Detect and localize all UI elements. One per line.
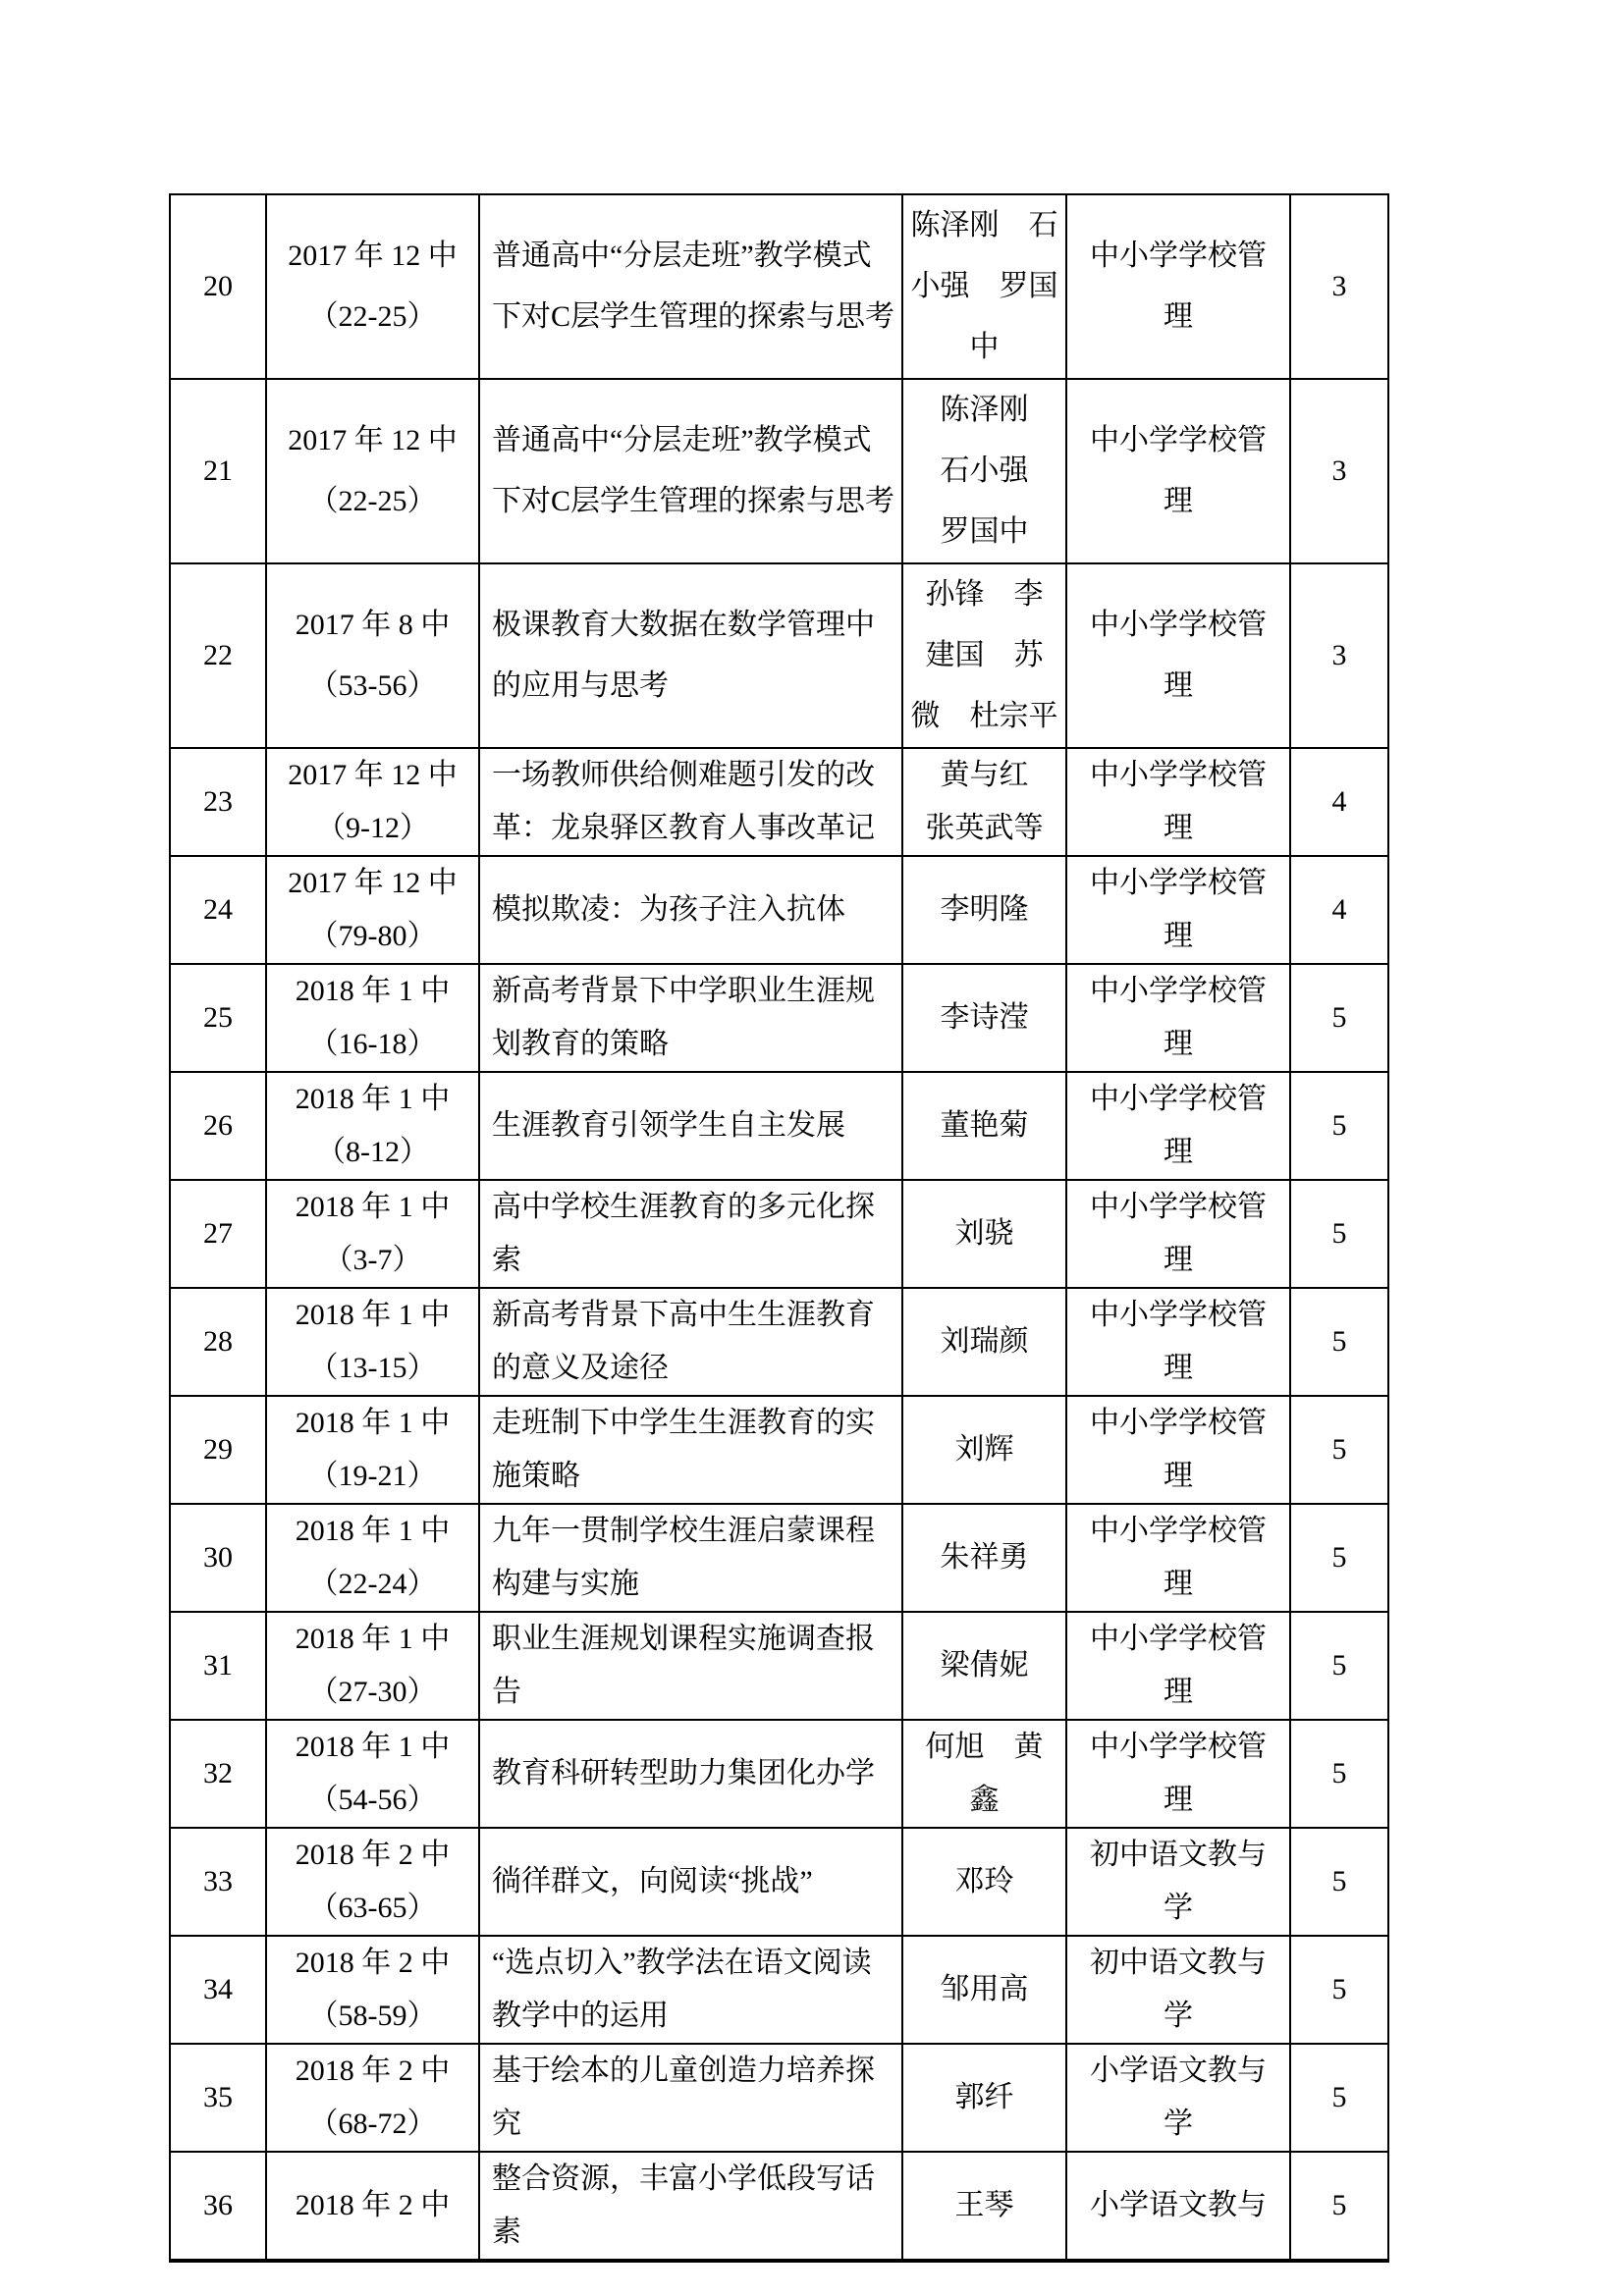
count-cell: 5 — [1290, 2152, 1388, 2261]
article-title-cell: 走班制下中学生生涯教育的实 施策略 — [479, 1396, 902, 1504]
issue-cell: 2017 年 12 中 （22-25） — [266, 379, 479, 563]
issue-cell: 2018 年 1 中 （3-7） — [266, 1180, 479, 1288]
authors-cell: 刘瑞颜 — [902, 1288, 1066, 1396]
row-number-cell: 31 — [170, 1612, 266, 1720]
table-row: 33 2018 年 2 中 （63-65） 徜徉群文，向阅读“挑战” 邓玲 初中… — [170, 1828, 1388, 1936]
count-cell: 5 — [1290, 2044, 1388, 2152]
count-cell: 5 — [1290, 1612, 1388, 1720]
article-title-cell: 普通高中“分层走班”教学模式 下对C层学生管理的探索与思考 — [479, 379, 902, 563]
category-cell: 中小学学校管 理 — [1066, 563, 1290, 748]
table-row: 24 2017 年 12 中 （79-80） 模拟欺凌：为孩子注入抗体 李明隆 … — [170, 856, 1388, 964]
issue-cell: 2018 年 1 中 （54-56） — [266, 1720, 479, 1828]
article-title-cell: 新高考背景下中学职业生涯规 划教育的策略 — [479, 964, 902, 1072]
row-number-cell: 33 — [170, 1828, 266, 1936]
row-number-cell: 28 — [170, 1288, 266, 1396]
row-number-cell: 30 — [170, 1504, 266, 1612]
count-cell: 3 — [1290, 194, 1388, 379]
category-cell: 中小学学校管 理 — [1066, 1720, 1290, 1828]
count-cell: 5 — [1290, 1396, 1388, 1504]
table-row: 36 2018 年 2 中 整合资源，丰富小学低段写话素 王琴 小学语文教与 5 — [170, 2152, 1388, 2261]
row-number-cell: 26 — [170, 1072, 266, 1180]
articles-index-table: 20 2017 年 12 中 （22-25） 普通高中“分层走班”教学模式 下对… — [169, 193, 1389, 2263]
table-row: 35 2018 年 2 中 （68-72） 基于绘本的儿童创造力培养探 究 郭纤… — [170, 2044, 1388, 2152]
authors-cell: 邓玲 — [902, 1828, 1066, 1936]
count-cell: 5 — [1290, 1828, 1388, 1936]
authors-cell: 王琴 — [902, 2152, 1066, 2261]
authors-cell: 刘辉 — [902, 1396, 1066, 1504]
article-title-cell: “选点切入”教学法在语文阅读 教学中的运用 — [479, 1936, 902, 2044]
row-number-cell: 23 — [170, 748, 266, 856]
article-title-cell: 模拟欺凌：为孩子注入抗体 — [479, 856, 902, 964]
row-number-cell: 32 — [170, 1720, 266, 1828]
authors-cell: 李明隆 — [902, 856, 1066, 964]
count-cell: 4 — [1290, 856, 1388, 964]
category-cell: 初中语文教与 学 — [1066, 1828, 1290, 1936]
article-title-cell: 普通高中“分层走班”教学模式 下对C层学生管理的探索与思考 — [479, 194, 902, 379]
article-title-cell: 职业生涯规划课程实施调查报 告 — [479, 1612, 902, 1720]
table-row: 22 2017 年 8 中 （53-56） 极课教育大数据在数学管理中 的应用与… — [170, 563, 1388, 748]
category-cell: 中小学学校管 理 — [1066, 1612, 1290, 1720]
count-cell: 3 — [1290, 563, 1388, 748]
table-row: 28 2018 年 1 中 （13-15） 新高考背景下高中生生涯教育 的意义及… — [170, 1288, 1388, 1396]
category-cell: 中小学学校管 理 — [1066, 1288, 1290, 1396]
row-number-cell: 21 — [170, 379, 266, 563]
issue-cell: 2018 年 2 中 — [266, 2152, 479, 2261]
table-row: 30 2018 年 1 中 （22-24） 九年一贯制学校生涯启蒙课程 构建与实… — [170, 1504, 1388, 1612]
article-title-cell: 高中学校生涯教育的多元化探 索 — [479, 1180, 902, 1288]
issue-cell: 2018 年 2 中 （63-65） — [266, 1828, 479, 1936]
issue-cell: 2018 年 1 中 （13-15） — [266, 1288, 479, 1396]
table-row: 32 2018 年 1 中 （54-56） 教育科研转型助力集团化办学 何旭 黄… — [170, 1720, 1388, 1828]
table-row: 21 2017 年 12 中 （22-25） 普通高中“分层走班”教学模式 下对… — [170, 379, 1388, 563]
issue-cell: 2017 年 12 中 （79-80） — [266, 856, 479, 964]
count-cell: 5 — [1290, 1720, 1388, 1828]
table-row: 26 2018 年 1 中 （8-12） 生涯教育引领学生自主发展 董艳菊 中小… — [170, 1072, 1388, 1180]
authors-cell: 李诗滢 — [902, 964, 1066, 1072]
table-row: 20 2017 年 12 中 （22-25） 普通高中“分层走班”教学模式 下对… — [170, 194, 1388, 379]
authors-cell: 梁倩妮 — [902, 1612, 1066, 1720]
article-title-cell: 新高考背景下高中生生涯教育 的意义及途径 — [479, 1288, 902, 1396]
article-title-cell: 生涯教育引领学生自主发展 — [479, 1072, 902, 1180]
count-cell: 5 — [1290, 1180, 1388, 1288]
document-page: 20 2017 年 12 中 （22-25） 普通高中“分层走班”教学模式 下对… — [0, 0, 1624, 2296]
row-number-cell: 34 — [170, 1936, 266, 2044]
authors-cell: 郭纤 — [902, 2044, 1066, 2152]
category-cell: 小学语文教与 学 — [1066, 2044, 1290, 2152]
article-title-cell: 一场教师供给侧难题引发的改 革：龙泉驿区教育人事改革记 — [479, 748, 902, 856]
issue-cell: 2018 年 1 中 （8-12） — [266, 1072, 479, 1180]
authors-cell: 何旭 黄 鑫 — [902, 1720, 1066, 1828]
article-title-cell: 基于绘本的儿童创造力培养探 究 — [479, 2044, 902, 2152]
category-cell: 小学语文教与 — [1066, 2152, 1290, 2261]
count-cell: 5 — [1290, 1936, 1388, 2044]
table-row: 29 2018 年 1 中 （19-21） 走班制下中学生生涯教育的实 施策略 … — [170, 1396, 1388, 1504]
category-cell: 中小学学校管 理 — [1066, 1072, 1290, 1180]
row-number-cell: 24 — [170, 856, 266, 964]
count-cell: 4 — [1290, 748, 1388, 856]
count-cell: 5 — [1290, 1288, 1388, 1396]
category-cell: 中小学学校管 理 — [1066, 1396, 1290, 1504]
row-number-cell: 20 — [170, 194, 266, 379]
article-title-cell: 九年一贯制学校生涯启蒙课程 构建与实施 — [479, 1504, 902, 1612]
issue-cell: 2017 年 12 中 （9-12） — [266, 748, 479, 856]
issue-cell: 2018 年 1 中 （27-30） — [266, 1612, 479, 1720]
issue-cell: 2018 年 1 中 （22-24） — [266, 1504, 479, 1612]
issue-cell: 2018 年 2 中 （68-72） — [266, 2044, 479, 2152]
authors-cell: 邹用高 — [902, 1936, 1066, 2044]
category-cell: 中小学学校管 理 — [1066, 856, 1290, 964]
issue-cell: 2018 年 2 中 （58-59） — [266, 1936, 479, 2044]
issue-cell: 2018 年 1 中 （16-18） — [266, 964, 479, 1072]
row-number-cell: 35 — [170, 2044, 266, 2152]
table-row: 34 2018 年 2 中 （58-59） “选点切入”教学法在语文阅读 教学中… — [170, 1936, 1388, 2044]
category-cell: 中小学学校管 理 — [1066, 1180, 1290, 1288]
article-title-cell: 教育科研转型助力集团化办学 — [479, 1720, 902, 1828]
category-cell: 初中语文教与 学 — [1066, 1936, 1290, 2044]
article-title-cell: 极课教育大数据在数学管理中 的应用与思考 — [479, 563, 902, 748]
category-cell: 中小学学校管 理 — [1066, 748, 1290, 856]
row-number-cell: 36 — [170, 2152, 266, 2261]
count-cell: 3 — [1290, 379, 1388, 563]
row-number-cell: 22 — [170, 563, 266, 748]
row-number-cell: 27 — [170, 1180, 266, 1288]
authors-cell: 刘骁 — [902, 1180, 1066, 1288]
authors-cell: 陈泽刚 石 小强 罗国 中 — [902, 194, 1066, 379]
row-number-cell: 25 — [170, 964, 266, 1072]
table-row: 23 2017 年 12 中 （9-12） 一场教师供给侧难题引发的改 革：龙泉… — [170, 748, 1388, 856]
count-cell: 5 — [1290, 1504, 1388, 1612]
category-cell: 中小学学校管 理 — [1066, 194, 1290, 379]
authors-cell: 孙锋 李 建国 苏 微 杜宗平 — [902, 563, 1066, 748]
authors-cell: 董艳菊 — [902, 1072, 1066, 1180]
category-cell: 中小学学校管 理 — [1066, 964, 1290, 1072]
category-cell: 中小学学校管 理 — [1066, 379, 1290, 563]
table-row: 31 2018 年 1 中 （27-30） 职业生涯规划课程实施调查报 告 梁倩… — [170, 1612, 1388, 1720]
article-title-cell: 徜徉群文，向阅读“挑战” — [479, 1828, 902, 1936]
authors-cell: 陈泽刚 石小强 罗国中 — [902, 379, 1066, 563]
row-number-cell: 29 — [170, 1396, 266, 1504]
issue-cell: 2017 年 12 中 （22-25） — [266, 194, 479, 379]
count-cell: 5 — [1290, 964, 1388, 1072]
issue-cell: 2018 年 1 中 （19-21） — [266, 1396, 479, 1504]
issue-cell: 2017 年 8 中 （53-56） — [266, 563, 479, 748]
count-cell: 5 — [1290, 1072, 1388, 1180]
authors-cell: 黄与红 张英武等 — [902, 748, 1066, 856]
authors-cell: 朱祥勇 — [902, 1504, 1066, 1612]
category-cell: 中小学学校管 理 — [1066, 1504, 1290, 1612]
table-row: 25 2018 年 1 中 （16-18） 新高考背景下中学职业生涯规 划教育的… — [170, 964, 1388, 1072]
article-title-cell: 整合资源，丰富小学低段写话素 — [479, 2152, 902, 2261]
table-row: 27 2018 年 1 中 （3-7） 高中学校生涯教育的多元化探 索 刘骁 中… — [170, 1180, 1388, 1288]
